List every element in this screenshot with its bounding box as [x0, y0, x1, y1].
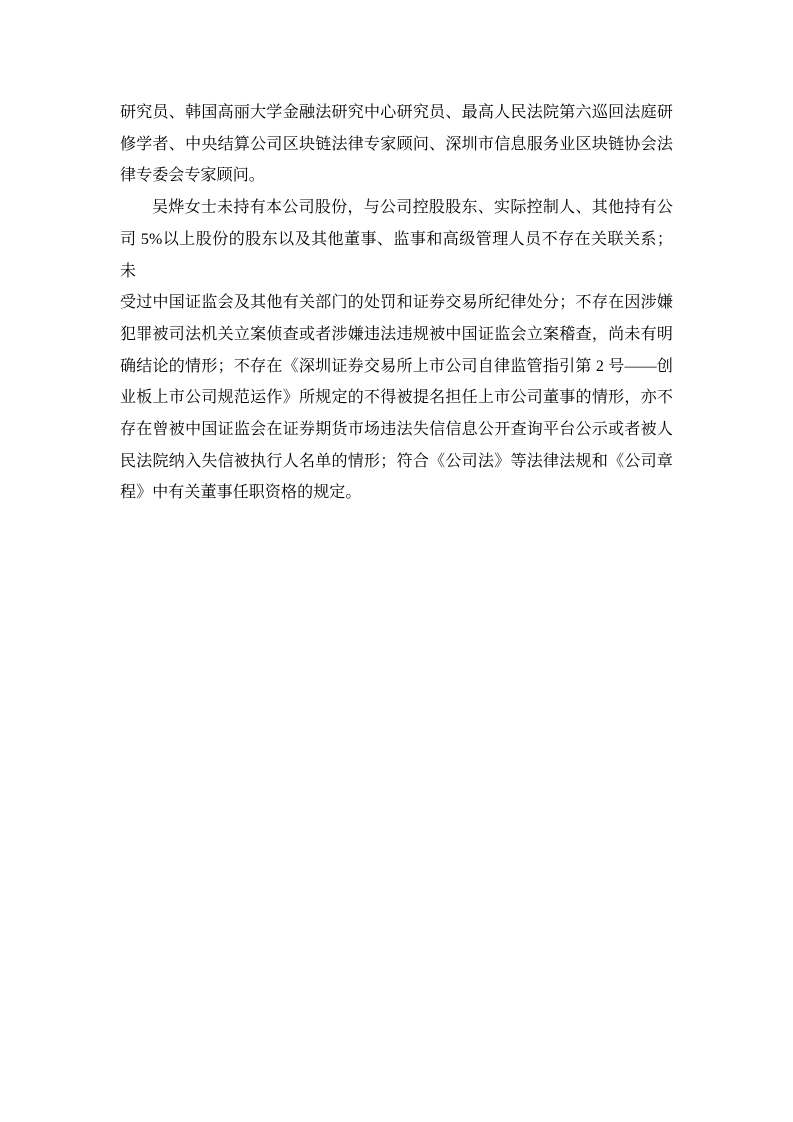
text-line: 犯罪被司法机关立案侦查或者涉嫌违法违规被中国证监会立案稽查，尚未有明 — [120, 319, 673, 351]
text-line: 业板上市公司规范运作》所规定的不得被提名担任上市公司董事的情形，亦不 — [120, 382, 673, 414]
text-line: 民法院纳入失信被执行人名单的情形；符合《公司法》等法律法规和《公司章 — [120, 446, 673, 478]
text-line: 律专委会专家顾问。 — [120, 160, 673, 192]
text-line: 司 5%以上股份的股东以及其他董事、监事和高级管理人员不存在关联关系；未 — [120, 224, 673, 287]
text-line: 存在曾被中国证监会在证券期货市场违法失信信息公开查询平台公示或者被人 — [120, 414, 673, 446]
paragraph-director-statement: 吴烨女士未持有本公司股份，与公司控股股东、实际控制人、其他持有公 司 5%以上股… — [120, 192, 673, 509]
text-line: 修学者、中央结算公司区块链法律专家顾问、深圳市信息服务业区块链协会法 — [120, 129, 673, 161]
text-line: 确结论的情形；不存在《深圳证券交易所上市公司自律监管指引第 2 号——创 — [120, 351, 673, 383]
text-line: 吴烨女士未持有本公司股份，与公司控股股东、实际控制人、其他持有公 — [120, 192, 673, 224]
text-block: 研究员、韩国高丽大学金融法研究中心研究员、最高人民法院第六巡回法庭研 修学者、中… — [120, 97, 673, 509]
text-line: 研究员、韩国高丽大学金融法研究中心研究员、最高人民法院第六巡回法庭研 — [120, 97, 673, 129]
text-line: 程》中有关董事任职资格的规定。 — [120, 477, 673, 509]
document-page: 研究员、韩国高丽大学金融法研究中心研究员、最高人民法院第六巡回法庭研 修学者、中… — [0, 0, 793, 1122]
paragraph-continuation: 研究员、韩国高丽大学金融法研究中心研究员、最高人民法院第六巡回法庭研 修学者、中… — [120, 97, 673, 192]
text-line: 受过中国证监会及其他有关部门的处罚和证券交易所纪律处分；不存在因涉嫌 — [120, 287, 673, 319]
